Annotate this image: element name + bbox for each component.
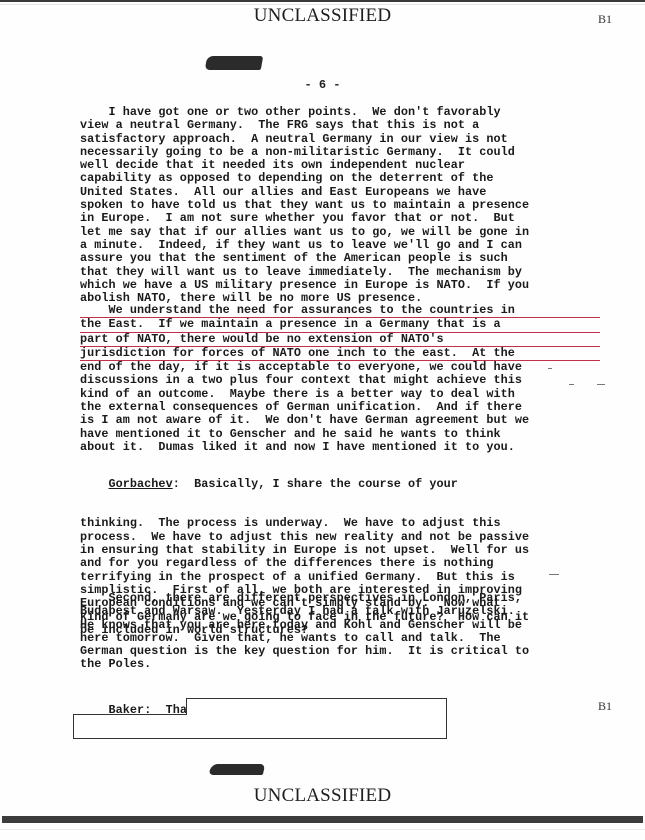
- margin-mark: [569, 384, 574, 385]
- text-line: the external consequences of German unif…: [80, 401, 600, 414]
- text-line: end of the day, if it is acceptable to e…: [80, 361, 600, 374]
- text-line: in Europe. I am not sure whether you fav…: [80, 212, 600, 225]
- text-line: here tomorrow. Given that, he wants to c…: [80, 632, 600, 645]
- text-line: kind of an outcome. Maybe there is a bet…: [80, 388, 600, 401]
- text-line: He knows that you are here today and Koh…: [80, 619, 600, 632]
- text-line: a minute. Indeed, if they want us to lea…: [80, 239, 600, 252]
- scan-bottom-border: [2, 816, 643, 823]
- speaker-name: Gorbachev: [109, 477, 173, 491]
- redaction-box-mask: [187, 714, 444, 716]
- redaction-mark-top: [205, 56, 263, 70]
- exemption-code-mid: B1: [598, 699, 612, 714]
- paragraph-assurances-east: We understand the need for assurances to…: [80, 304, 600, 454]
- text-line: German question is the key question for …: [80, 645, 600, 658]
- page-number: - 6 -: [0, 78, 645, 92]
- text-line: assure you that the sentiment of the Ame…: [80, 252, 600, 265]
- redaction-box-step: [73, 714, 187, 715]
- text-line: I have got one or two other points. We d…: [80, 106, 600, 119]
- text-line: necessarily going to be a non-militarist…: [80, 146, 600, 159]
- margin-mark: [597, 384, 605, 385]
- text-line: have mentioned it to Genscher and he sai…: [80, 428, 600, 441]
- margin-mark: [549, 574, 559, 575]
- text-line: in ensuring that stability in Europe is …: [80, 544, 600, 557]
- document-page: UNCLASSIFIED B1 - 6 - I have got one or …: [0, 0, 645, 840]
- text-line: discussions in a two plus four context t…: [80, 374, 600, 387]
- classification-footer: UNCLASSIFIED: [0, 785, 645, 807]
- highlighted-text-line: part of NATO, there would be no extensio…: [80, 333, 600, 347]
- paragraph-second-perspectives: Second, there are different perspectives…: [80, 592, 600, 672]
- highlighted-text-line: jurisdiction for forces of NATO one inch…: [80, 347, 600, 361]
- margin-mark: [548, 368, 552, 369]
- text-line: well decide that it needed its own indep…: [80, 159, 600, 172]
- text-line: view a neutral Germany. The FRG says tha…: [80, 119, 600, 132]
- text-line: Second, there are different perspectives…: [80, 592, 600, 605]
- text-line: process. We have to adjust this new real…: [80, 531, 600, 544]
- text-line: capability as opposed to depending on th…: [80, 172, 600, 185]
- text-line: is I am not aware of it. We don't have G…: [80, 414, 600, 427]
- exemption-code-top: B1: [598, 12, 612, 27]
- paragraph-nato-presence: I have got one or two other points. We d…: [80, 106, 600, 305]
- speaker-line: Gorbachev: Basically, I share the course…: [80, 478, 600, 491]
- scan-top-border: [0, 0, 645, 2]
- highlighted-text-line: the East. If we maintain a presence in a…: [80, 318, 600, 332]
- text-line: Budapest and Warsaw. Yesterday I had a t…: [80, 605, 600, 618]
- text-line: that they will want us to leave immediat…: [80, 266, 600, 279]
- redaction-box-lower: [73, 714, 447, 739]
- text-line: spoken to have told us that they want us…: [80, 199, 600, 212]
- redaction-mark-bottom: [209, 764, 265, 775]
- highlighted-text-line: We understand the need for assurances to…: [80, 304, 600, 318]
- text-line: thinking. The process is underway. We ha…: [80, 517, 600, 530]
- text-line: United States. All our allies and East E…: [80, 186, 600, 199]
- text-line: satisfactory approach. A neutral Germany…: [80, 133, 600, 146]
- text-line: let me say that if our allies want us to…: [80, 226, 600, 239]
- scan-bottom-border-thin: [0, 829, 645, 830]
- text-line: terrifying in the prospect of a unified …: [80, 571, 600, 584]
- text-line: and for you regardless of the difference…: [80, 557, 600, 570]
- text-line: which we have a US military presence in …: [80, 279, 600, 292]
- text-line: the Poles.: [80, 658, 600, 671]
- speaker-text: : Basically, I share the course of your: [173, 477, 458, 491]
- classification-header: UNCLASSIFIED: [0, 5, 645, 27]
